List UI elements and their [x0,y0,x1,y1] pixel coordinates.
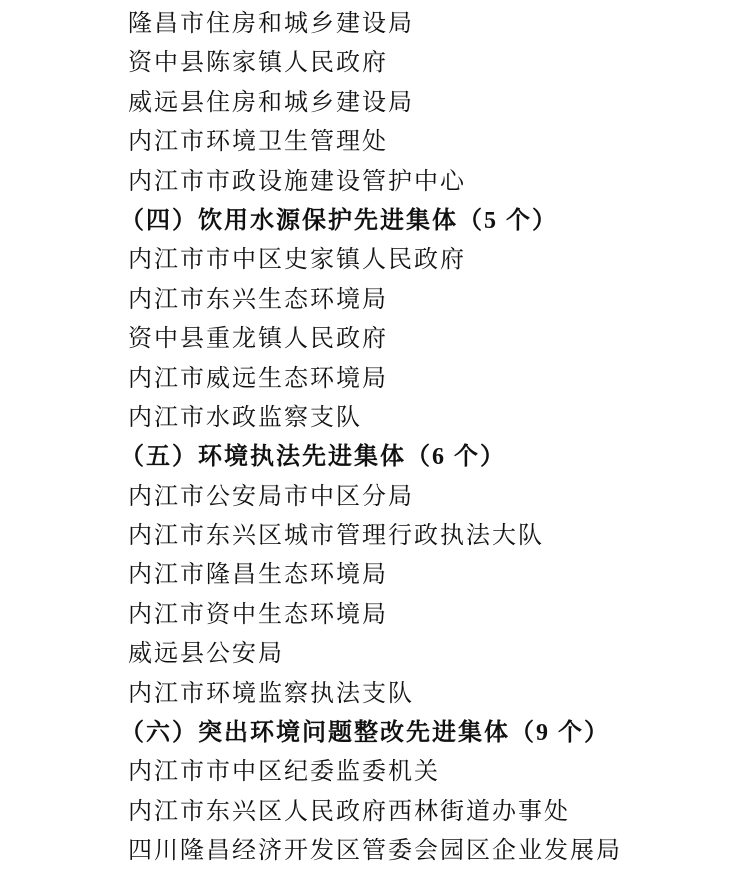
list-item-text: 资中县陈家镇人民政府 [128,44,706,83]
list-item-text: 威远县住房和城乡建设局 [128,84,706,123]
list-item-text: 威远县公安局 [128,635,706,674]
list-item-text: 内江市东兴区人民政府西林街道办事处 [128,793,706,832]
list-item-text: 内江市东兴区城市管理行政执法大队 [128,517,706,556]
section-heading: （四）饮用水源保护先进集体（5 个） [120,202,706,241]
list-item-text: 内江市市政设施建设管护中心 [128,163,706,202]
document-page: 隆昌市住房和城乡建设局资中县陈家镇人民政府威远县住房和城乡建设局内江市环境卫生管… [0,0,746,872]
list-item-text: 内江市公安局市中区分局 [128,478,706,517]
section-heading: （六）突出环境问题整改先进集体（9 个） [120,714,706,753]
list-item-text: 资中县重龙镇人民政府 [128,320,706,359]
list-item-text: 内江市威远生态环境局 [128,360,706,399]
list-item-text: 内江市东兴生态环境局 [128,281,706,320]
list-item-text: 内江市环境卫生管理处 [128,123,706,162]
list-item-text: 隆昌市住房和城乡建设局 [128,5,706,44]
list-item-text: 内江市环境监察执法支队 [128,675,706,714]
list-item-text: 内江市水政监察支队 [128,399,706,438]
list-item-text: 内江市资中生态环境局 [128,596,706,635]
section-heading: （五）环境执法先进集体（6 个） [120,438,706,477]
list-item-text: 内江市市中区史家镇人民政府 [128,241,706,280]
list-item-text: 内江市隆昌生态环境局 [128,556,706,595]
document-lines: 隆昌市住房和城乡建设局资中县陈家镇人民政府威远县住房和城乡建设局内江市环境卫生管… [0,0,746,872]
list-item-text: 四川隆昌经济开发区管委会园区企业发展局 [128,832,706,871]
list-item-text: 内江市市中区纪委监委机关 [128,753,706,792]
